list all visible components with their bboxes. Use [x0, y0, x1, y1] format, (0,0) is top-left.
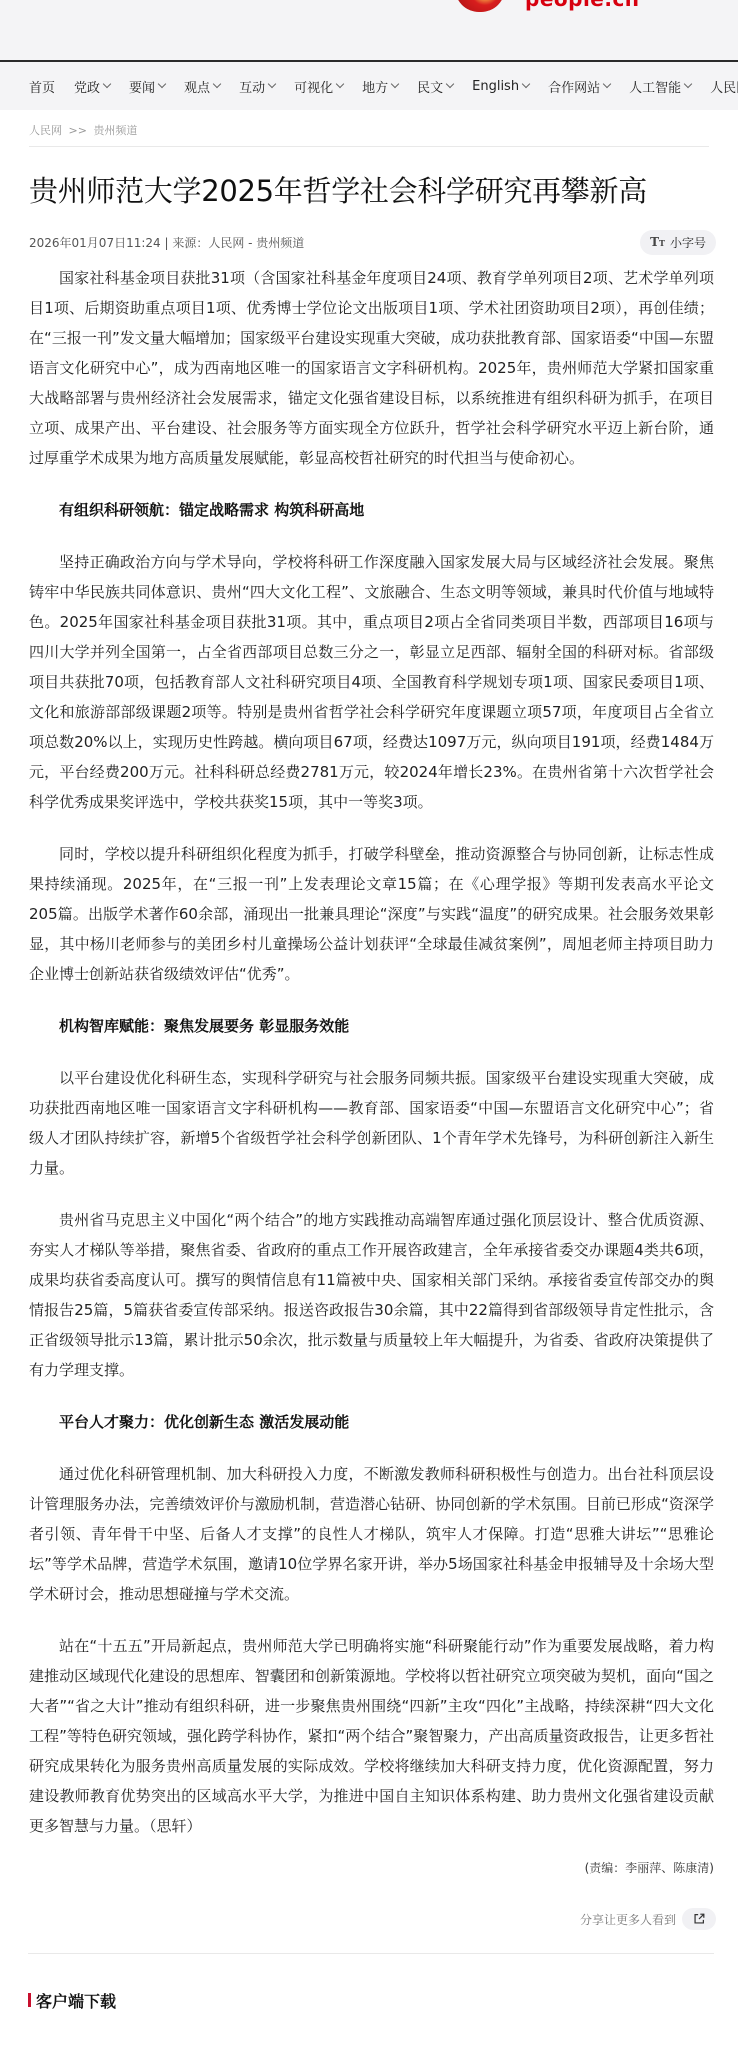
breadcrumb-current-link[interactable]: 贵州频道	[93, 124, 137, 137]
nav-item[interactable]: 要闻	[129, 77, 165, 96]
chevron-down-icon	[158, 80, 166, 88]
chevron-down-icon	[603, 80, 611, 88]
article-subheading: 机构智库赋能：聚焦发展要务 彰显服务效能	[29, 1011, 714, 1041]
article-meta-row: 2026年01月07日11:24 | 来源：人民网 - 贵州频道 TT 小字号	[0, 211, 738, 255]
logo-text: people.cn	[525, 0, 640, 9]
share-label: 分享让更多人看到	[580, 1911, 676, 1928]
chevron-down-icon	[446, 80, 454, 88]
article-paragraph: 通过优化科研管理机制、加大科研投入力度，不断激发教师科研积极性与创造力。出台社科…	[29, 1459, 714, 1609]
people-logo-icon	[455, 0, 505, 12]
share-external-icon	[692, 1912, 706, 1926]
chevron-down-icon	[522, 80, 530, 88]
font-size-icon: TT	[650, 235, 665, 249]
nav-item[interactable]: 可视化	[294, 77, 343, 96]
breadcrumb-separator: >>	[69, 124, 87, 137]
font-size-button[interactable]: TT 小字号	[640, 230, 716, 255]
chevron-down-icon	[391, 80, 399, 88]
nav-item[interactable]: 人工智能	[629, 77, 691, 96]
page-title: 贵州师范大学2025年哲学社会科学研究再攀新高	[0, 147, 738, 211]
share-button[interactable]	[682, 1908, 716, 1930]
nav-item[interactable]: 地方	[362, 77, 398, 96]
chevron-down-icon	[268, 80, 276, 88]
article-paragraph: 坚持正确政治方向与学术导向，学校将科研工作深度融入国家发展大局与区域经济社会发展…	[29, 547, 714, 817]
font-size-label: 小字号	[670, 234, 706, 251]
nav-item-label: English	[472, 79, 519, 94]
site-header: people.cn	[0, 0, 738, 62]
site-logo[interactable]: people.cn	[455, 0, 640, 12]
nav-item-label: 党政	[74, 77, 100, 96]
section-accent-bar	[28, 1993, 31, 2007]
chevron-down-icon	[213, 80, 221, 88]
nav-item-label: 地方	[362, 77, 388, 96]
nav-item[interactable]: 互动	[239, 77, 275, 96]
nav-item[interactable]: 民文	[417, 77, 453, 96]
nav-item-label: 民文	[417, 77, 443, 96]
nav-item[interactable]: 党政	[74, 77, 110, 96]
nav-item-label: 互动	[239, 77, 265, 96]
article-subheading: 平台人才聚力：优化创新生态 激活发展动能	[29, 1407, 714, 1437]
editor-credit: (责编：李丽萍、陈康清)	[0, 1859, 738, 1899]
article-body: 国家社科基金项目获批31项（含国家社科基金年度项目24项、教育学单列项目2项、艺…	[0, 255, 738, 1841]
nav-item[interactable]: 首页	[29, 77, 55, 96]
nav-item-label: 要闻	[129, 77, 155, 96]
client-download-section: 客户端下载	[0, 1954, 738, 2016]
chevron-down-icon	[103, 80, 111, 88]
article-paragraph: 同时，学校以提升科研组织化程度为抓手，打破学科壁垒，推动资源整合与协同创新，让标…	[29, 839, 714, 989]
breadcrumb: 人民网 >> 贵州频道	[0, 110, 738, 146]
breadcrumb-root-link[interactable]: 人民网	[29, 124, 62, 137]
nav-item[interactable]: 合作网站	[548, 77, 610, 96]
main-nav: 首页党政要闻观点互动可视化地方民文English合作网站人工智能人民网	[0, 62, 738, 110]
article-paragraph: 站在“十五五”开局新起点，贵州师范大学已明确将实施“科研聚能行动”作为重要发展战…	[29, 1631, 714, 1841]
nav-item-label: 人工智能	[629, 77, 681, 96]
nav-item-label: 合作网站	[548, 77, 600, 96]
nav-item-label: 首页	[29, 77, 55, 96]
article-subheading: 有组织科研领航：锚定战略需求 构筑科研高地	[29, 495, 714, 525]
article-paragraph: 以平台建设优化科研生态，实现科学研究与社会服务同频共振。国家级平台建设实现重大突…	[29, 1063, 714, 1183]
article-meta: 2026年01月07日11:24 | 来源：人民网 - 贵州频道	[29, 234, 304, 251]
article-paragraph: 国家社科基金项目获批31项（含国家社科基金年度项目24项、教育学单列项目2项、艺…	[29, 263, 714, 473]
article-paragraph: 贵州省马克思主义中国化“两个结合”的地方实践推动高端智库通过强化顶层设计、整合优…	[29, 1205, 714, 1385]
nav-item-label: 人民网	[710, 77, 738, 96]
nav-item-label: 可视化	[294, 77, 333, 96]
nav-item[interactable]: 观点	[184, 77, 220, 96]
nav-item[interactable]: 人民网	[710, 77, 738, 96]
section-title: 客户端下载	[36, 1989, 116, 2012]
nav-item-label: 观点	[184, 77, 210, 96]
share-row: 分享让更多人看到	[0, 1899, 738, 1939]
nav-item[interactable]: English	[472, 79, 529, 94]
chevron-down-icon	[684, 80, 692, 88]
chevron-down-icon	[336, 80, 344, 88]
